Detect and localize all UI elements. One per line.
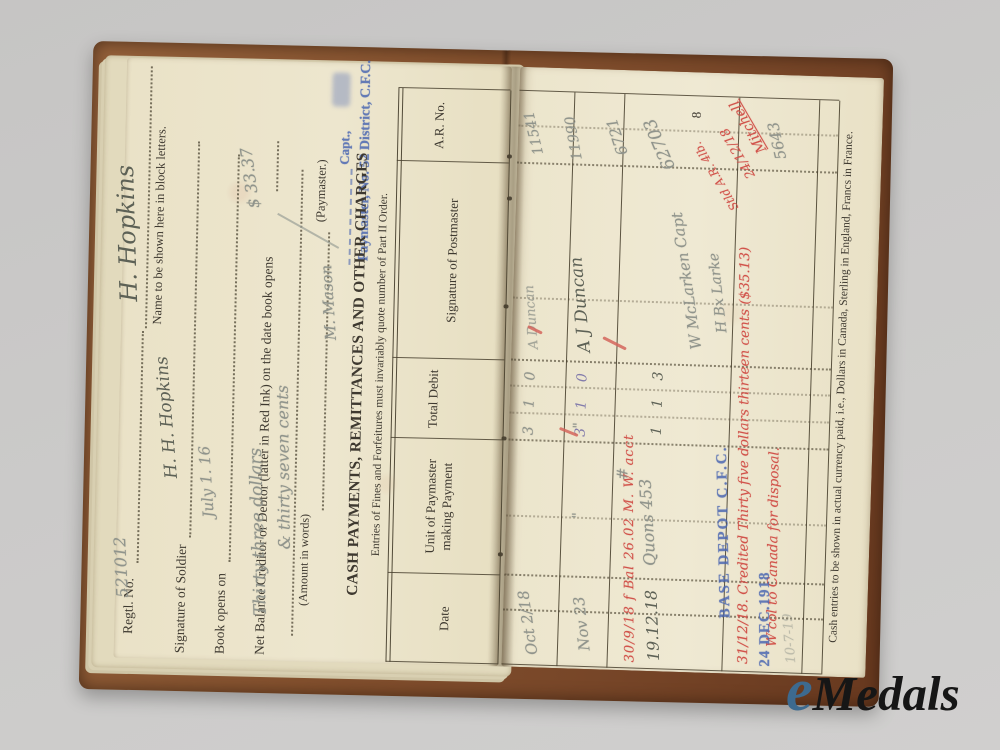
page-right: Oct 2/18 Nov 23 19.12.18 " " Quons 453 #…: [501, 67, 884, 678]
hw-ar-entry-2b: 6721: [603, 116, 632, 158]
debit-sub-rule-1: [509, 412, 829, 424]
date-received-stamp: 24 DEC.1918: [757, 571, 774, 666]
column-header-total-debit: Total Debit: [425, 361, 443, 437]
red-check-mark-3: [602, 336, 627, 350]
hw-red-margin-note: 30/9/18 f Bal 26.02 M. W. acct: [622, 434, 638, 663]
hw-ar-entry-3b: 5643: [764, 120, 790, 161]
hw-debit-entry-2: 3 1 0: [573, 366, 591, 437]
debit-signature-divider: [511, 359, 831, 371]
hw-date-entry-2: Nov 23: [570, 596, 594, 652]
stamp-smudge: [332, 72, 351, 106]
paymaster-caption: (Paymaster.): [313, 159, 329, 222]
row-rule-4: [801, 100, 820, 674]
signature-column-guide: [513, 297, 833, 309]
hw-name-signature: H. Hopkins: [111, 165, 143, 303]
hw-signature-entry-1: A Duncan: [522, 285, 542, 350]
column-header-ar-no: A.R. No.: [431, 91, 449, 160]
column-header-unit: Unit of Paymaster making Payment: [422, 441, 457, 573]
row-rule-1: [556, 92, 575, 666]
hw-ar-entry-2: 11990: [562, 115, 586, 162]
hw-signature-entry-3b: H Bx Larke: [706, 252, 731, 334]
emedals-wordmark: Medals: [813, 664, 960, 724]
hw-ar-entry-3: 62703: [640, 115, 680, 173]
book-cover: Oct 2/18 Nov 23 19.12.18 " " Quons 453 #…: [79, 41, 893, 707]
page-number: 8: [689, 112, 705, 119]
base-depot-stamp: BASE DEPOT C.F.C.: [714, 445, 735, 618]
table-right-edge: [519, 90, 839, 101]
photo-background: Oct 2/18 Nov 23 19.12.18 " " Quons 453 #…: [0, 0, 1000, 750]
amount-words-caption: (Amount in words): [296, 514, 313, 606]
open-spread: Oct 2/18 Nov 23 19.12.18 " " Quons 453 #…: [113, 58, 878, 675]
emedals-e-glyph: e: [786, 660, 813, 720]
hw-signature-entry-3: W McLarken Capt: [668, 211, 706, 351]
watermark-emedals: e Medals: [786, 660, 960, 724]
hw-ditto-mark-1: ": [570, 512, 586, 519]
debit-sub-rule-2: [510, 385, 830, 397]
book-opens-label: Book opens on: [212, 573, 230, 654]
hw-debit-entry-1: 3 1 0: [521, 364, 539, 435]
signature-of-soldier-label: Signature of Soldier: [172, 544, 190, 653]
hw-signature-entry-2: A J Duncan: [566, 256, 595, 353]
hw-amount-words-line-2: & thirty seven cents: [273, 385, 294, 550]
column-header-date: Date: [435, 574, 453, 663]
hw-debit-entry-3: 1 1 3: [649, 364, 667, 435]
hw-unit-entry-3: Quons 453: [636, 478, 660, 566]
hw-red-credit-line-1: 31/12/18. Credited Thirty five dollars t…: [735, 247, 753, 664]
hw-date-entry-3: 19.12.18: [641, 590, 663, 662]
hw-date-entry-1: Oct 2/18: [514, 589, 541, 656]
hw-regtl-no-value: 521012: [110, 536, 132, 598]
paymaster-stamp-capt-line: Capt.,: [337, 131, 354, 165]
